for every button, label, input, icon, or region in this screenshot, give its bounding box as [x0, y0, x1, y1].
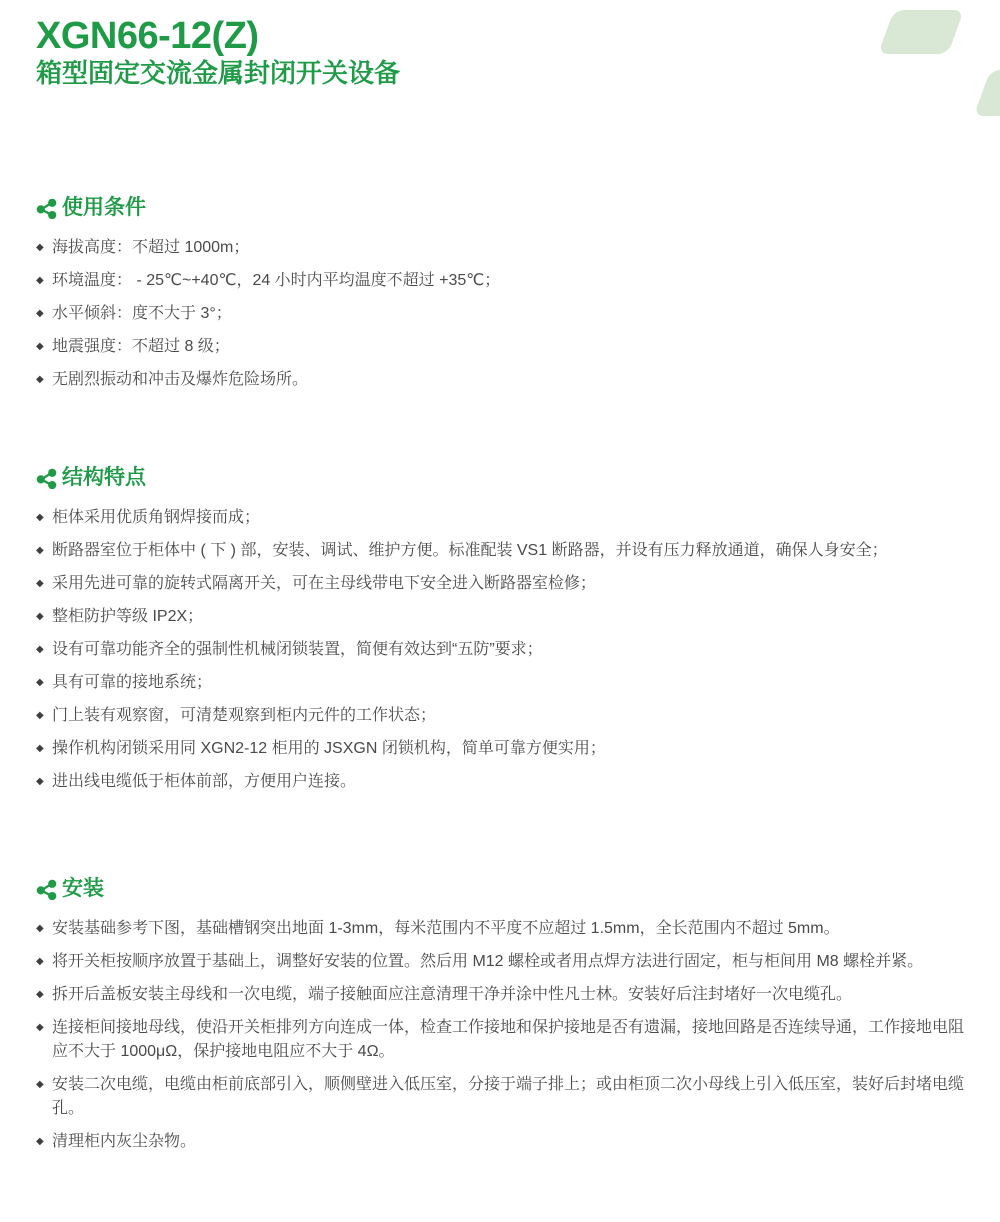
list-item: ◆ 整柜防护等级 IP2X； [36, 605, 970, 629]
list-item-text: 将开关柜按顺序放置于基础上，调整好安装的位置。然后用 M12 螺栓或者用点焊方法… [52, 950, 970, 974]
list-item-text: 海拔高度：不超过 1000m； [52, 236, 970, 260]
list-item: ◆ 清理柜内灰尘杂物。 [36, 1130, 970, 1154]
page-subtitle: 箱型固定交流金属封闭开关设备 [36, 58, 970, 88]
section-header: 安装 [36, 875, 970, 903]
share-icon [36, 468, 57, 489]
diamond-bullet-icon: ◆ [36, 983, 52, 1007]
section-header: 使用条件 [36, 194, 970, 222]
section-title: 使用条件 [62, 194, 146, 222]
list-item-text: 安装基础参考下图，基础槽钢突出地面 1-3mm，每米范围内不平度不应超过 1.5… [52, 917, 970, 941]
bullet-list: ◆ 柜体采用优质角钢焊接而成； ◆ 断路器室位于柜体中 ( 下 ) 部，安装、调… [36, 506, 970, 794]
diamond-bullet-icon: ◆ [36, 1073, 52, 1097]
bullet-list: ◆ 海拔高度：不超过 1000m； ◆ 环境温度： - 25℃~+40℃，24 … [36, 236, 970, 392]
datasheet-page: XGN66-12(Z) 箱型固定交流金属封闭开关设备 使用条件 ◆ 海拔高度：不… [0, 0, 1000, 1222]
diamond-bullet-icon: ◆ [36, 1130, 52, 1154]
document-header: XGN66-12(Z) 箱型固定交流金属封闭开关设备 [0, 0, 1000, 88]
list-item-text: 采用先进可靠的旋转式隔离开关，可在主母线带电下安全进入断路器室检修； [52, 572, 970, 596]
list-item: ◆ 门上装有观察窗，可清楚观察到柜内元件的工作状态； [36, 704, 970, 728]
share-icon [36, 879, 57, 900]
diamond-bullet-icon: ◆ [36, 917, 52, 941]
list-item-text: 环境温度： - 25℃~+40℃，24 小时内平均温度不超过 +35℃； [52, 269, 970, 293]
list-item: ◆ 连接柜间接地母线，使沿开关柜排列方向连成一体，检查工作接地和保护接地是否有遗… [36, 1016, 970, 1064]
page-title: XGN66-12(Z) [36, 14, 970, 58]
list-item-text: 断路器室位于柜体中 ( 下 ) 部，安装、调试、维护方便。标准配装 VS1 断路… [52, 539, 970, 563]
list-item-text: 连接柜间接地母线，使沿开关柜排列方向连成一体，检查工作接地和保护接地是否有遗漏，… [52, 1016, 970, 1064]
section-header: 结构特点 [36, 464, 970, 492]
diamond-bullet-icon: ◆ [36, 302, 52, 326]
list-item: ◆ 地震强度：不超过 8 级； [36, 335, 970, 359]
share-icon [36, 198, 57, 219]
list-item-text: 柜体采用优质角钢焊接而成； [52, 506, 970, 530]
diamond-bullet-icon: ◆ [36, 737, 52, 761]
list-item: ◆ 安装基础参考下图，基础槽钢突出地面 1-3mm，每米范围内不平度不应超过 1… [36, 917, 970, 941]
diamond-bullet-icon: ◆ [36, 770, 52, 794]
diamond-bullet-icon: ◆ [36, 638, 52, 662]
diamond-bullet-icon: ◆ [36, 269, 52, 293]
list-item: ◆ 采用先进可靠的旋转式隔离开关，可在主母线带电下安全进入断路器室检修； [36, 572, 970, 596]
list-item: ◆ 具有可靠的接地系统； [36, 671, 970, 695]
list-item-text: 进出线电缆低于柜体前部，方便用户连接。 [52, 770, 970, 794]
list-item-text: 无剧烈振动和冲击及爆炸危险场所。 [52, 368, 970, 392]
diamond-bullet-icon: ◆ [36, 335, 52, 359]
list-item: ◆ 水平倾斜：度不大于 3°； [36, 302, 970, 326]
list-item: ◆ 将开关柜按顺序放置于基础上，调整好安装的位置。然后用 M12 螺栓或者用点焊… [36, 950, 970, 974]
list-item: ◆ 设有可靠功能齐全的强制性机械闭锁装置，简便有效达到“五防”要求； [36, 638, 970, 662]
list-item: ◆ 操作机构闭锁采用同 XGN2-12 柜用的 JSXGN 闭锁机构，简单可靠方… [36, 737, 970, 761]
diamond-bullet-icon: ◆ [36, 572, 52, 596]
list-item-text: 设有可靠功能齐全的强制性机械闭锁装置，简便有效达到“五防”要求； [52, 638, 970, 662]
section-structural-features: 结构特点 ◆ 柜体采用优质角钢焊接而成； ◆ 断路器室位于柜体中 ( 下 ) 部… [0, 464, 1000, 794]
diamond-bullet-icon: ◆ [36, 671, 52, 695]
bullet-list: ◆ 安装基础参考下图，基础槽钢突出地面 1-3mm，每米范围内不平度不应超过 1… [36, 917, 970, 1154]
list-item-text: 操作机构闭锁采用同 XGN2-12 柜用的 JSXGN 闭锁机构，简单可靠方便实… [52, 737, 970, 761]
diamond-bullet-icon: ◆ [36, 605, 52, 629]
list-item-text: 整柜防护等级 IP2X； [52, 605, 970, 629]
list-item: ◆ 无剧烈振动和冲击及爆炸危险场所。 [36, 368, 970, 392]
list-item: ◆ 断路器室位于柜体中 ( 下 ) 部，安装、调试、维护方便。标准配装 VS1 … [36, 539, 970, 563]
diamond-bullet-icon: ◆ [36, 236, 52, 260]
diamond-bullet-icon: ◆ [36, 950, 52, 974]
list-item-text: 拆开后盖板安装主母线和一次电缆，端子接触面应注意清理干净并涂中性凡士林。安装好后… [52, 983, 970, 1007]
list-item: ◆ 拆开后盖板安装主母线和一次电缆，端子接触面应注意清理干净并涂中性凡士林。安装… [36, 983, 970, 1007]
diamond-bullet-icon: ◆ [36, 368, 52, 392]
list-item-text: 安装二次电缆，电缆由柜前底部引入，顺侧壁进入低压室，分接于端子排上；或由柜顶二次… [52, 1073, 970, 1121]
section-installation: 安装 ◆ 安装基础参考下图，基础槽钢突出地面 1-3mm，每米范围内不平度不应超… [0, 875, 1000, 1154]
list-item-text: 水平倾斜：度不大于 3°； [52, 302, 970, 326]
list-item: ◆ 安装二次电缆，电缆由柜前底部引入，顺侧壁进入低压室，分接于端子排上；或由柜顶… [36, 1073, 970, 1121]
section-title: 结构特点 [62, 464, 146, 492]
list-item-text: 门上装有观察窗，可清楚观察到柜内元件的工作状态； [52, 704, 970, 728]
list-item: ◆ 进出线电缆低于柜体前部，方便用户连接。 [36, 770, 970, 794]
list-item-text: 清理柜内灰尘杂物。 [52, 1130, 970, 1154]
list-item: ◆ 环境温度： - 25℃~+40℃，24 小时内平均温度不超过 +35℃； [36, 269, 970, 293]
list-item: ◆ 海拔高度：不超过 1000m； [36, 236, 970, 260]
diamond-bullet-icon: ◆ [36, 506, 52, 530]
section-operating-conditions: 使用条件 ◆ 海拔高度：不超过 1000m； ◆ 环境温度： - 25℃~+40… [0, 194, 1000, 392]
list-item-text: 具有可靠的接地系统； [52, 671, 970, 695]
list-item-text: 地震强度：不超过 8 级； [52, 335, 970, 359]
list-item: ◆ 柜体采用优质角钢焊接而成； [36, 506, 970, 530]
diamond-bullet-icon: ◆ [36, 704, 52, 728]
diamond-bullet-icon: ◆ [36, 539, 52, 563]
section-title: 安装 [62, 875, 104, 903]
diamond-bullet-icon: ◆ [36, 1016, 52, 1040]
